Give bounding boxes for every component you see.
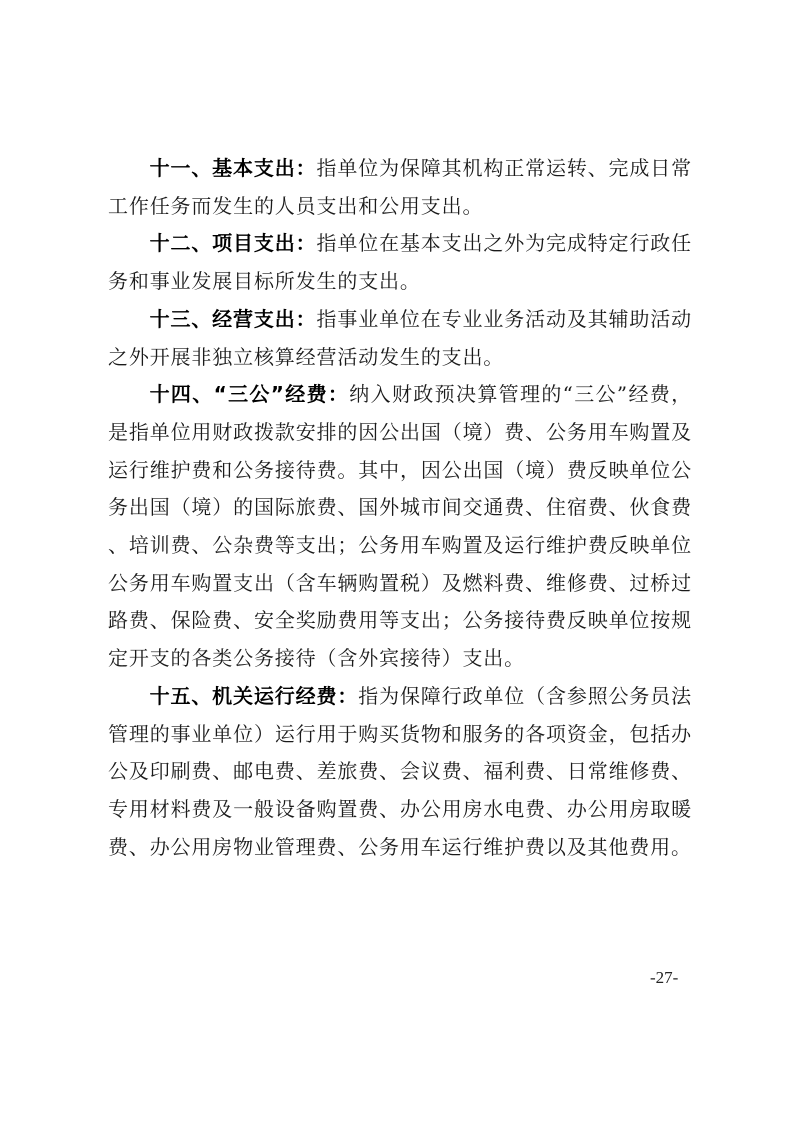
term-heading: 十四、“三公”经费： [150,382,350,406]
term-heading: 十五、机关运行经费： [150,684,359,708]
term-definition: 纳入财政预决算管理的“三公”经费，是指单位用财政拨款安排的因公出国（境）费、公务… [108,382,692,670]
document-page: 十一、基本支出：指单位为保障其机构正常运转、完成日常工作任务而发生的人员支出和公… [0,0,793,1122]
paragraph-agency-operating-funds: 十五、机关运行经费：指为保障行政单位（含参照公务员法管理的事业单位）运行用于购买… [108,678,692,867]
term-definition: 指为保障行政单位（含参照公务员法管理的事业单位）运行用于购买货物和服务的各项资金… [108,684,692,859]
document-body: 十一、基本支出：指单位为保障其机构正常运转、完成日常工作任务而发生的人员支出和公… [108,150,692,866]
paragraph-three-public-funds: 十四、“三公”经费：纳入财政预决算管理的“三公”经费，是指单位用财政拨款安排的因… [108,376,692,678]
paragraph-operating-expenditure: 十三、经营支出：指事业单位在专业业务活动及其辅助活动之外开展非独立核算经营活动发… [108,301,692,376]
page-number: -27- [650,968,678,988]
term-heading: 十二、项目支出： [150,231,317,255]
paragraph-basic-expenditure: 十一、基本支出：指单位为保障其机构正常运转、完成日常工作任务而发生的人员支出和公… [108,150,692,225]
term-heading: 十三、经营支出： [150,307,317,331]
term-heading: 十一、基本支出： [150,156,317,180]
paragraph-project-expenditure: 十二、项目支出：指单位在基本支出之外为完成特定行政任务和事业发展目标所发生的支出… [108,225,692,300]
